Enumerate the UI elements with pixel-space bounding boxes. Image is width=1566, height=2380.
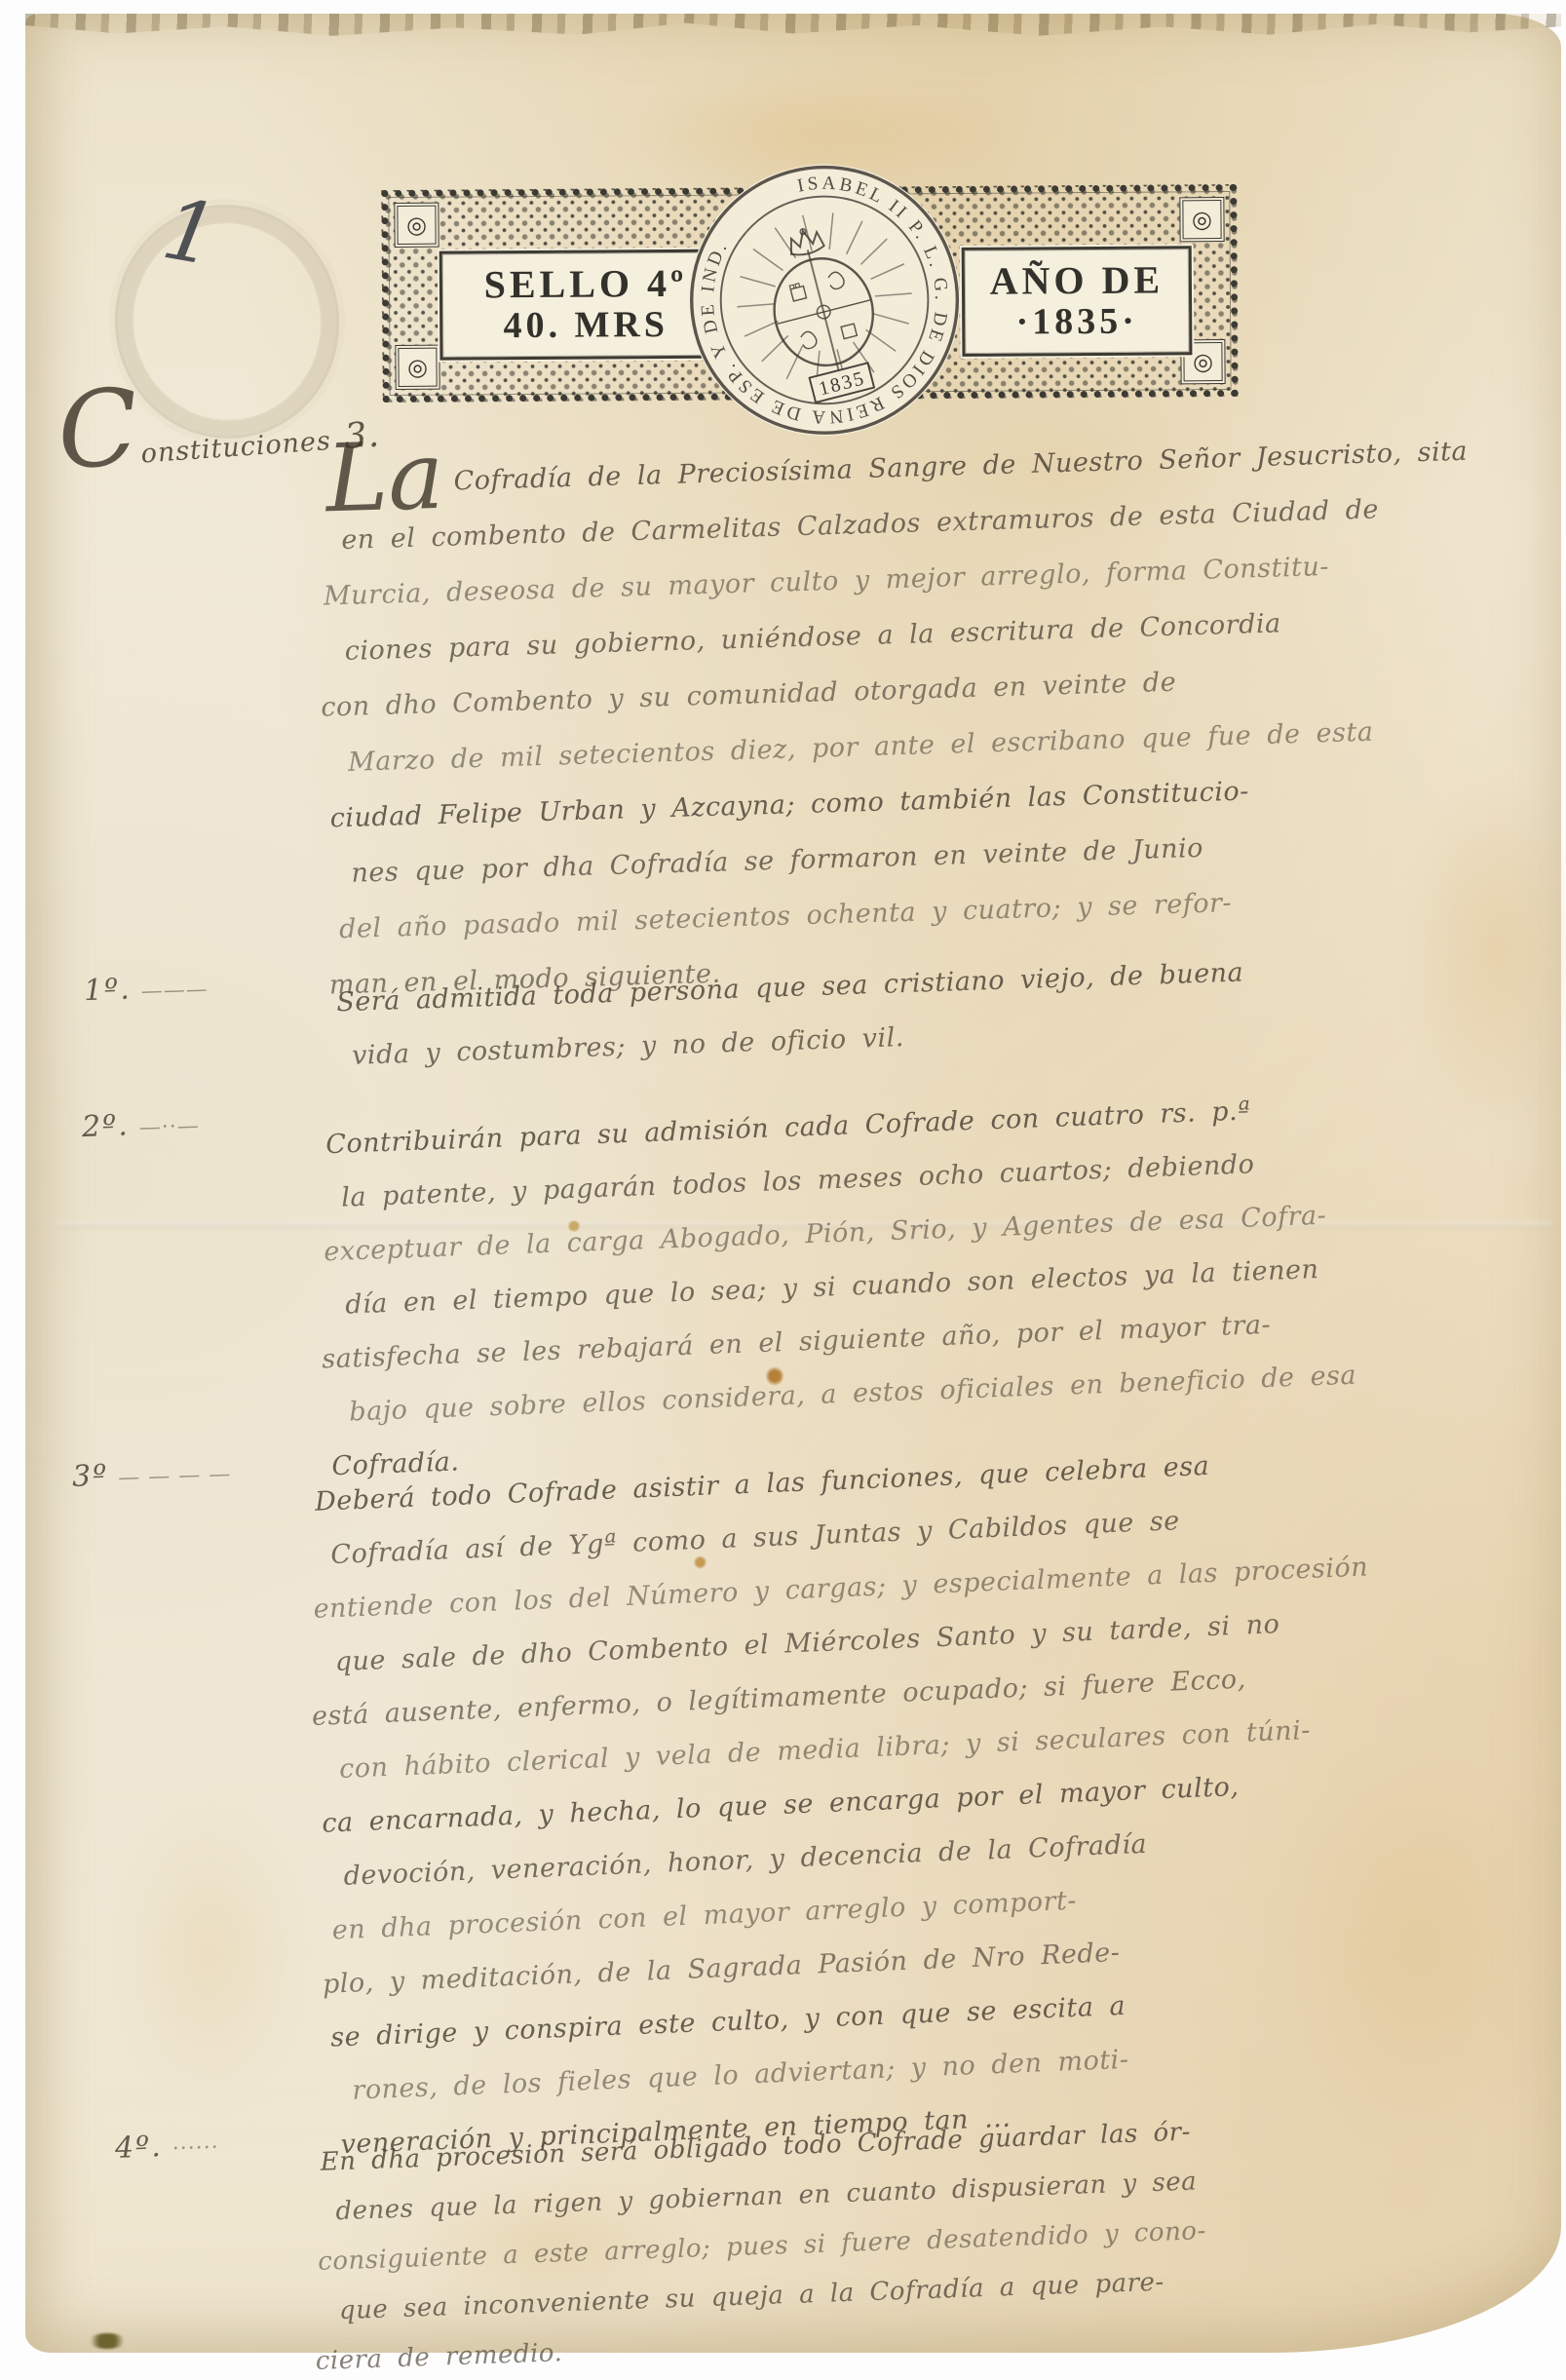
stain	[84, 1748, 337, 2158]
torn-edge	[25, 14, 1561, 37]
article-marker-2: 2º.—··—	[82, 1109, 201, 1142]
manuscript-article-2: Contribuirán para su admisión cada Cofra…	[319, 1081, 1359, 1493]
manuscript-article-4: En dha procesión será obligado todo Cofr…	[314, 2107, 1210, 2380]
stamp-year-value: ·1835·	[1015, 302, 1138, 344]
article-marker-1: 1º.———	[84, 973, 210, 1006]
article-marker-3: 3º— — — —	[72, 1457, 232, 1492]
royal-seal: ISABEL II P. L. G. DE DIOS REINA DE ESP.…	[682, 158, 967, 442]
stamp-corner-ornament-icon: ◎	[395, 345, 439, 390]
document-photo: 1 ◎ ◎ ◎ ◎ SELLO 4º 40. MRS AÑO DE ·1835·	[0, 0, 1566, 2380]
stamp-denomination-class: SELLO 4º	[483, 262, 687, 306]
ink-spot	[88, 2333, 127, 2349]
stamp-year-label: AÑO DE	[990, 259, 1165, 303]
manuscript-article-3: Deberá todo Cofrade asistir a las funcio…	[308, 1434, 1391, 2172]
stamp-year-box: AÑO DE ·1835·	[962, 246, 1193, 357]
stamp-corner-ornament-icon: ◎	[394, 203, 439, 248]
stamp-denomination-value: 40. MRS	[503, 305, 668, 347]
article-marker-4: 4º.······	[115, 2130, 220, 2164]
stamp-corner-ornament-icon: ◎	[1179, 197, 1224, 242]
manuscript-intro: LaCofradía de la Preciosísima Sangre de …	[320, 424, 1483, 1014]
revenue-stamp: ◎ ◎ ◎ ◎ SELLO 4º 40. MRS AÑO DE ·1835·	[381, 184, 1239, 403]
